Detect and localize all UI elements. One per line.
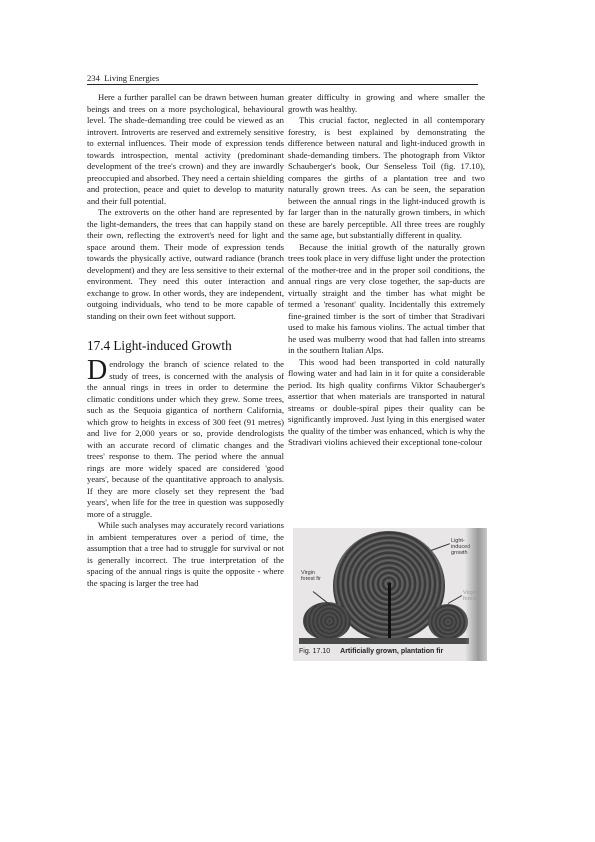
page-number: 234 [87,73,100,83]
left-column: Here a further parallel can be drawn bet… [87,92,284,589]
running-header: 234 Living Energies [87,73,478,85]
right-column: greater difficulty in growing and where … [288,92,485,449]
paragraph: This crucial factor, neglected in all co… [288,115,485,242]
virgin-fir-log-left [303,602,351,640]
paragraph: This wood had been transported in cold n… [288,357,485,449]
arrow-icon [448,595,462,604]
scan-shadow [465,528,487,661]
arrow-icon [431,543,450,551]
paragraph: Here a further parallel can be drawn bet… [87,92,284,207]
log-crack [388,583,391,638]
paragraph: While such analyses may accurately recor… [87,520,284,589]
paragraph: Dendrology the branch of science related… [87,359,284,520]
label-virgin-forest-fir: Virgin forest fir [301,570,323,582]
caption-number: Fig. 17.10 [299,648,330,655]
paragraph: The extroverts on the other hand are rep… [87,207,284,322]
figure-photo-tree-cross-sections: Virgin forest fir Light-induced growth V… [293,528,487,661]
figure-caption: Fig. 17.10Artificially grown, plantation… [299,648,443,656]
ground-strip [299,638,469,644]
paragraph-text: endrology the branch of science related … [87,359,284,519]
drop-cap: D [87,360,107,382]
section-heading: 17.4 Light-induced Growth [87,338,284,353]
virgin-fir-log-right [428,604,468,640]
caption-text: Artificially grown, plantation fir [340,648,443,655]
running-title: Living Energies [104,73,159,83]
paragraph: Because the initial growth of the natura… [288,242,485,357]
paragraph: greater difficulty in growing and where … [288,92,485,115]
